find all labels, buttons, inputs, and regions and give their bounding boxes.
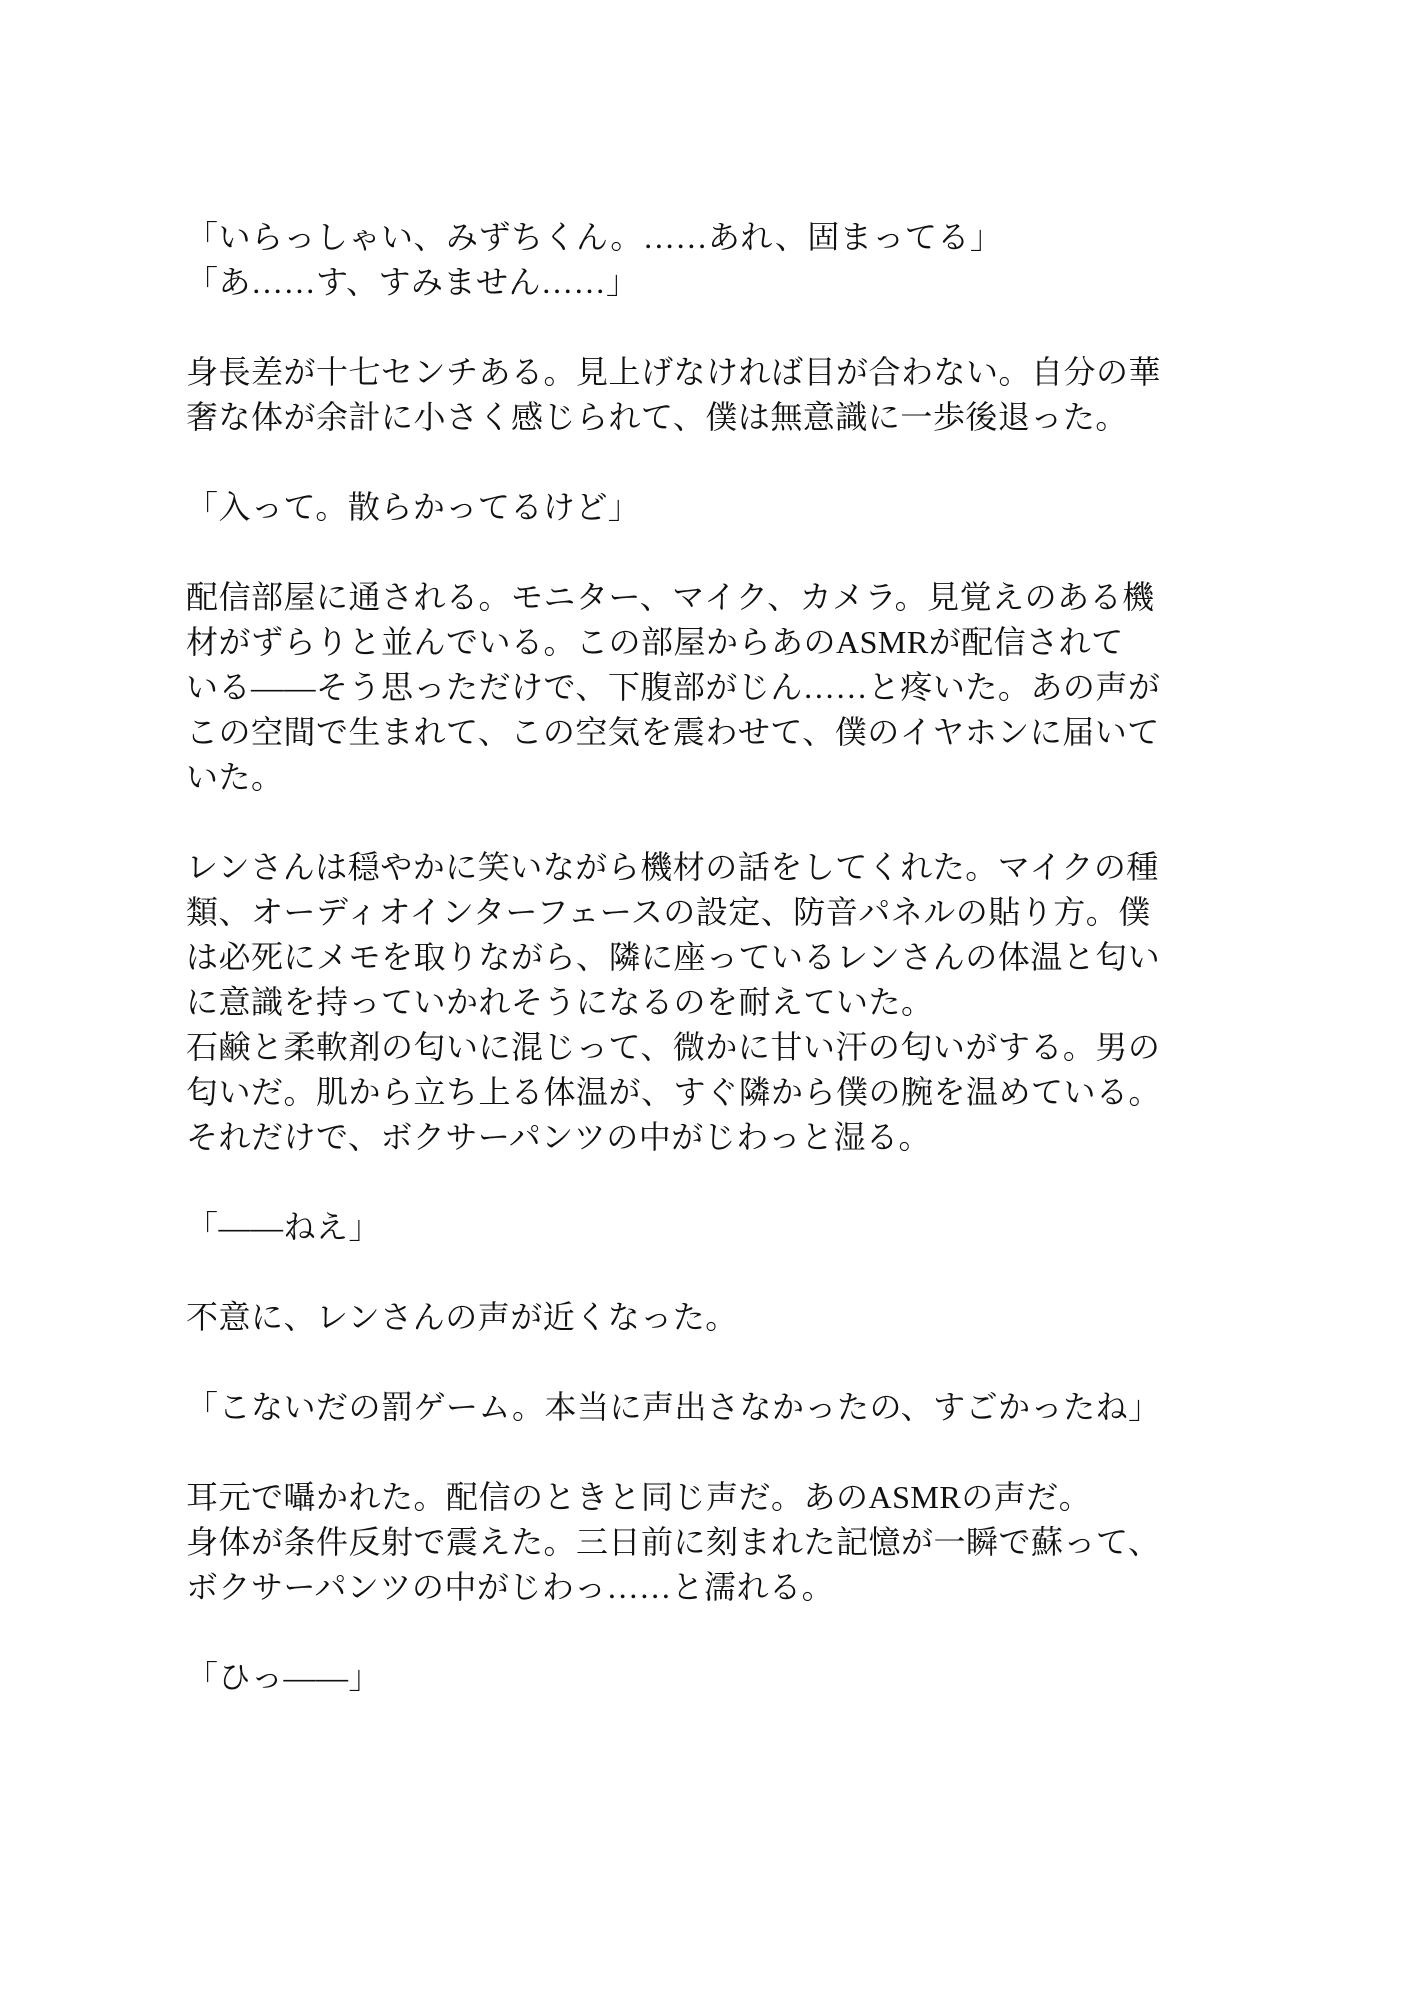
dialogue-block: 「入って。散らかってるけど」 xyxy=(186,485,1216,530)
narration-block: 不意に、レンさんの声が近くなった。 xyxy=(186,1295,1216,1340)
narration-block: 配信部屋に通される。モニター、マイク、カメラ。見覚えのある機 材がずらりと並んで… xyxy=(186,575,1216,800)
dialogue-block: 「――ねえ」 xyxy=(186,1205,1216,1250)
dialogue-block: 「こないだの罰ゲーム。本当に声出さなかったの、すごかったね」 xyxy=(186,1385,1216,1430)
narration-block: 身長差が十七センチある。見上げなければ目が合わない。自分の華 奢な体が余計に小さ… xyxy=(186,350,1216,440)
narration-block: レンさんは穏やかに笑いながら機材の話をしてくれた。マイクの種 類、オーディオイン… xyxy=(186,845,1216,1160)
dialogue-block: 「いらっしゃい、みずちくん。……あれ、固まってる」 「あ……す、すみません……」 xyxy=(186,215,1216,305)
document-page: 「いらっしゃい、みずちくん。……あれ、固まってる」 「あ……す、すみません……」… xyxy=(0,0,1415,2000)
narration-block: 耳元で囁かれた。配信のときと同じ声だ。あのASMRの声だ。 身体が条件反射で震え… xyxy=(186,1475,1216,1610)
text-column: 「いらっしゃい、みずちくん。……あれ、固まってる」 「あ……す、すみません……」… xyxy=(186,215,1216,1700)
dialogue-block: 「ひっ――」 xyxy=(186,1655,1216,1700)
